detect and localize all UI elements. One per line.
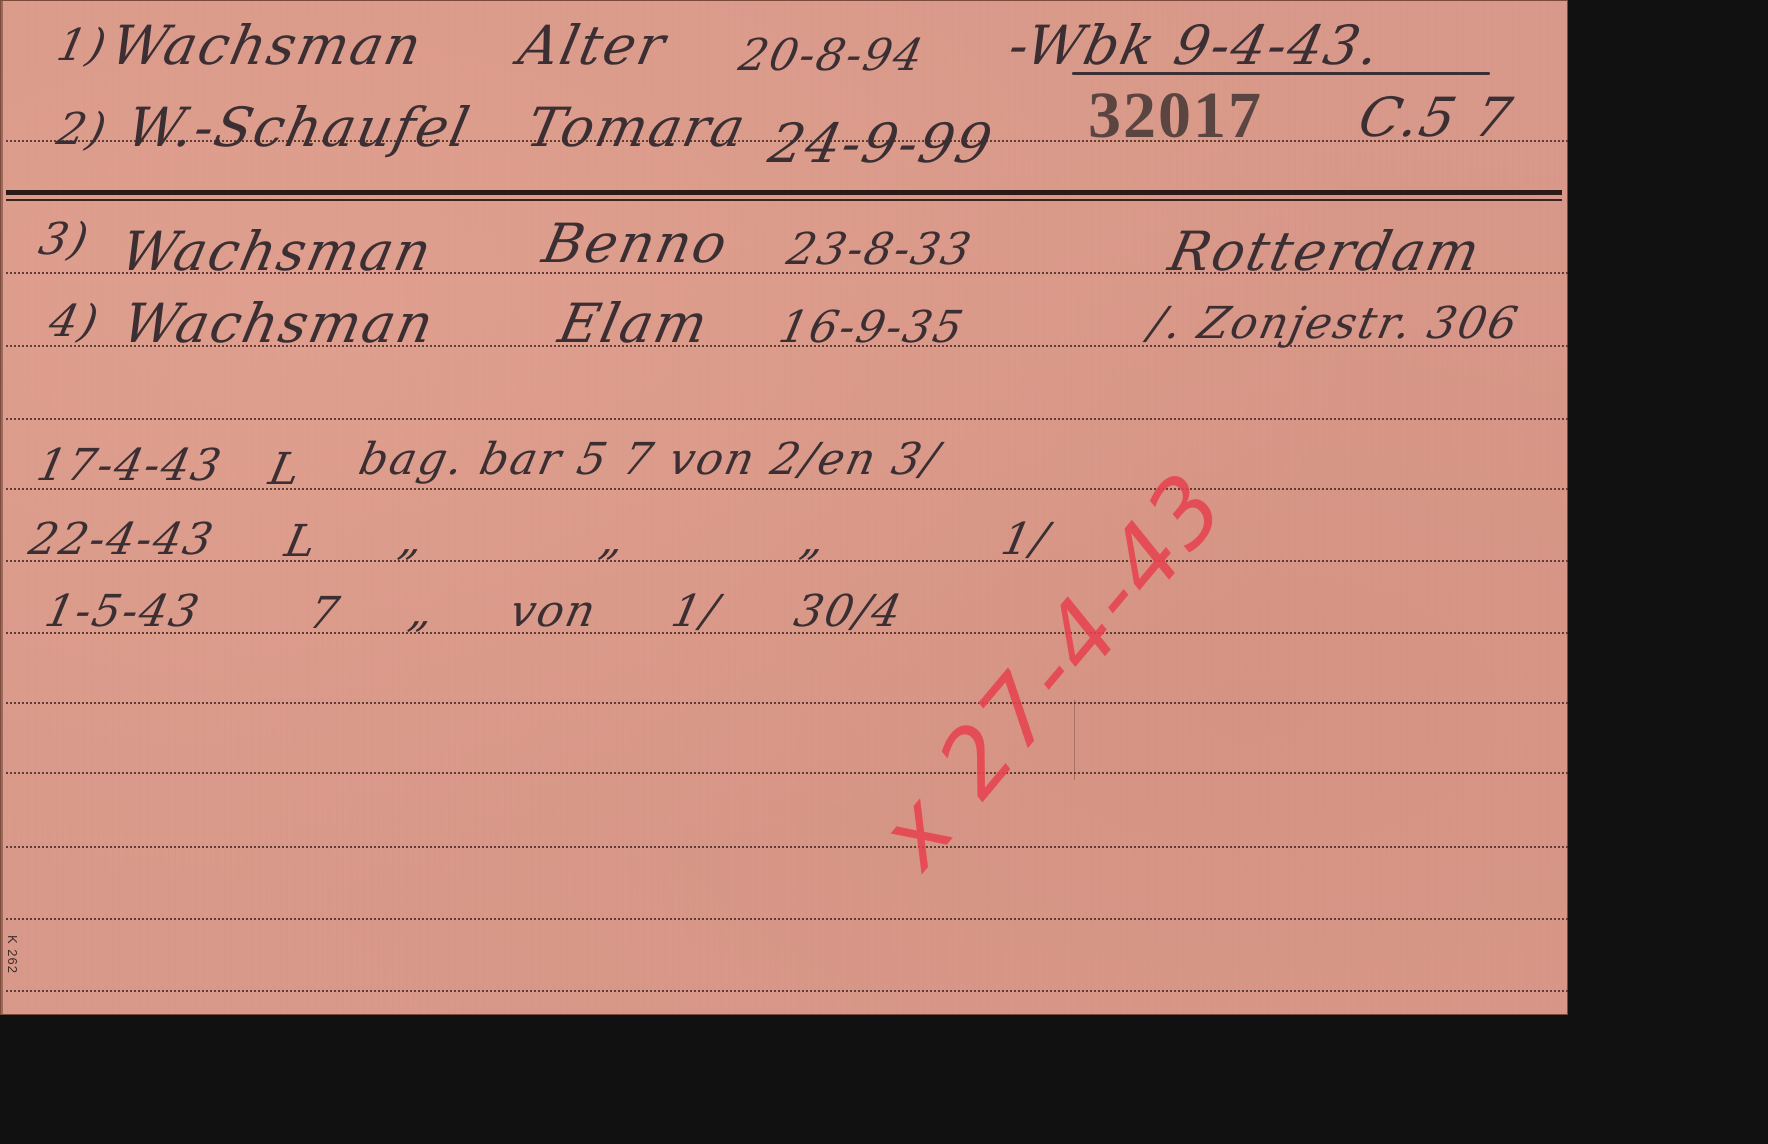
ruled-line [6,488,1568,490]
entry-birth-date: 23-8-33 [783,224,978,275]
ruled-line [6,702,1568,704]
entry-birth-date: 24-9-99 [763,112,999,175]
entry-birth-date: 16-9-35 [775,302,970,353]
entry-index: 2) [53,104,113,155]
ruled-line [6,918,1568,920]
entry-surname: Wachsman [117,292,440,355]
form-code: K 262 [5,935,20,974]
entry-given-name: Benno [537,212,734,275]
serial-number-stamp: 32017 [1088,78,1263,154]
entry-birth-date: 20-8-94 [735,30,930,81]
index-card: 1) Wachsman Alter 20-8-94 -Wbk 9-4-43. 2… [0,0,1568,1015]
log-date: 1-5-43 [41,586,206,637]
log-date: 17-4-43 [33,440,228,491]
log-text: bag. bar 5 7 von 2/en 3/ [355,434,945,485]
entry-address: /. Zonjestr. 306 [1145,298,1524,349]
ruled-line [6,846,1568,848]
entry-index: 3) [35,214,95,265]
log-text: „ „ „ 1/ [395,514,1055,565]
entry-address: Rotterdam [1163,220,1487,283]
entry-note: -Wbk 9-4-43. [1003,14,1387,77]
entry-surname: Wachsman [105,14,428,77]
entry-index: 4) [45,296,105,347]
ruled-line [6,772,1568,774]
log-date: 22-4-43 [25,514,220,565]
entry-given-name: Tomara [521,96,752,159]
thin-divider-rule [6,199,1562,201]
note-underline [1072,72,1490,75]
entry-given-name: Elam [553,292,714,355]
ruled-line [6,418,1568,420]
heavy-divider-rule [6,190,1562,195]
reference-code: C.5 7 [1353,86,1519,149]
entry-surname: Wachsman [115,220,438,283]
ruled-line [6,990,1568,992]
log-text: „ von 1/ 30/4 [405,586,908,637]
entry-surname: W.-Schaufel [121,96,476,159]
entry-index: 1) [53,20,113,71]
entry-given-name: Alter [513,14,672,77]
